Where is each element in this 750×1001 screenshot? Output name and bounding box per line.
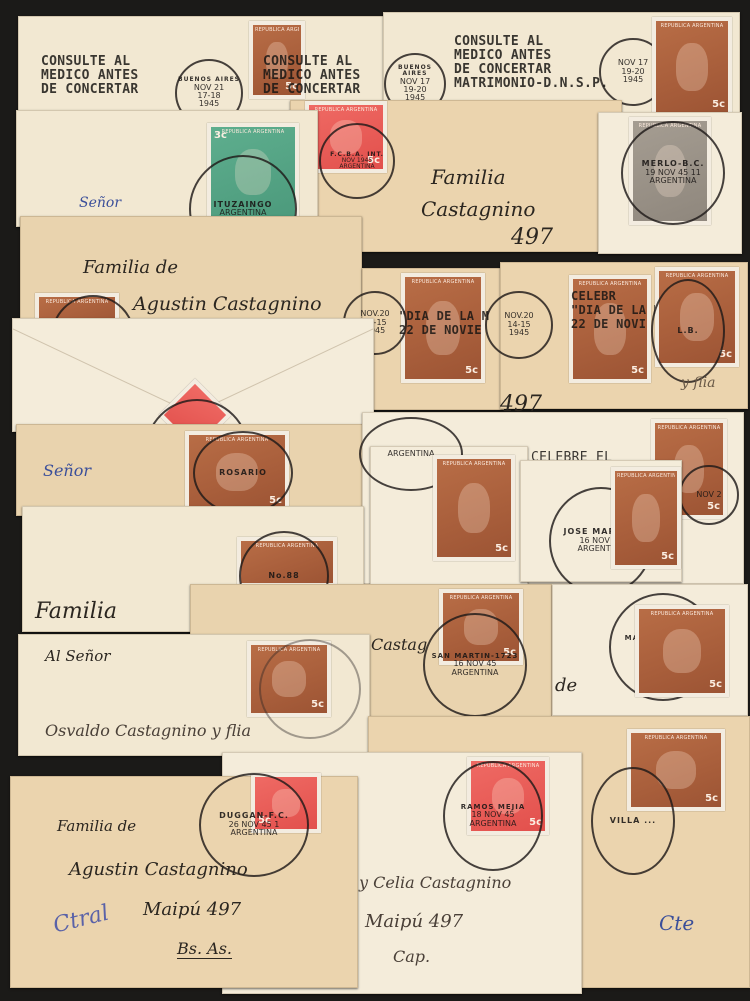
handwriting-bs-as: Bs. As. [177, 939, 232, 959]
postmark-buenos-aires: NOV.20 14-15 1945 [485, 291, 553, 359]
handwriting-agustin-castagnino: Agustin Castagnino [133, 293, 322, 315]
postmark-merlo: MERLO-B.C. 19 NOV 45 11 ARGENTINA [621, 121, 725, 225]
stamp-5c-brown: REPUBLICA ARGENTINA5c [635, 605, 729, 697]
handwriting-castag: Castag [371, 635, 427, 654]
handwriting-pencil-mark: Cte [659, 911, 694, 935]
cover-dia-madre-1: REPUBLICA ARGENTINA5c "DIA DE LA M 22 DE… [362, 268, 504, 410]
postmark-fcba: F.C.B.A. INT. NOV 1945 ARGENTINA [319, 123, 395, 199]
postmark-villa: VILLA ... [591, 767, 675, 875]
cover-jose-marmol-2: JOSE MARMOL 16 NOV 45 ARGENTINA REPUBLIC… [520, 460, 682, 582]
handwriting-de: de [555, 675, 577, 696]
handwriting-senor: Señor [79, 195, 121, 211]
postmark-buenos-aires: NOV 2 [679, 465, 739, 525]
handwriting-maipu: Maipú 497 [365, 911, 463, 932]
handwriting-al-senor: Al Señor [45, 647, 110, 665]
cover-dia-madre-2: NOV.20 14-15 1945 REPUBLICA ARGENTINA5c … [500, 262, 748, 409]
handwriting-agustin-castagnino: Agustin Castagnino [69, 859, 248, 880]
cover-back-lapaz: LA PAZ [12, 318, 374, 432]
slogan-consulte-overprint: CONSULTE AL MEDICO ANTES DE CONCERTAR [263, 55, 361, 97]
stamp-5c-brown: REPUBLICA ARGENTINA5c [433, 455, 515, 561]
cover-rosario: REPUBLICA ARGENTINA5c ROSARIO Señor [16, 424, 368, 516]
slogan-consulte: CONSULTE AL MEDICO ANTES DE CONCERTAR [41, 55, 139, 97]
slogan-celebre-dia-madre: CELEBR "DIA DE LA M 22 DE NOVI [571, 289, 661, 331]
postmark-lb: L.B. [651, 279, 725, 383]
cover-osvaldo: Al Señor REPUBLICA ARGENTINA5c Osvaldo C… [18, 634, 370, 756]
postmark-ramos-mejia: RAMOS MEJIA 18 NOV 45 ARGENTINA [443, 761, 543, 871]
stamp-5c-brown: REPUBLICA ARGENTINA5c [611, 467, 681, 569]
handwriting-497: 497 [511, 225, 553, 250]
handwriting-familia: Familia [431, 165, 506, 189]
slogan-dia-madre: "DIA DE LA M 22 DE NOVIE [399, 309, 489, 337]
postmark-rosario: ROSARIO [193, 431, 293, 515]
handwriting-maipu: Maipú 497 [143, 899, 241, 920]
cover-duggan: 5c DUGGAN-F.C. 26 NOV 45 1 ARGENTINA Fam… [10, 776, 358, 988]
handwriting-cap: Cap. [393, 947, 430, 966]
postmark-oval [259, 639, 361, 739]
handwriting-senor-blue: Señor [43, 461, 91, 480]
cover-familia-castagnino: Familia de Agustin Castagnino REPUBLICA … [20, 216, 362, 328]
postmark-san-martin: SAN MARTIN-1723 16 NOV 45 ARGENTINA [423, 613, 527, 717]
cover-merlo: REPUBLICA ARGENTINA MERLO-B.C. 19 NOV 45… [598, 112, 742, 254]
stamp-5c-brown: REPUBLICA ARGENTINA5c [652, 17, 732, 117]
handwriting-castagnino: Castagnino [421, 197, 535, 221]
handwriting-y-flia: y flia [681, 375, 716, 391]
cover-ituzaingo: REPUBLICA ARGENTINA3c ITUZAINGO ARGENTIN… [16, 110, 318, 227]
slogan-consulte-matrimonio: CONSULTE AL MEDICO ANTES DE CONCERTAR MA… [454, 35, 608, 91]
cover-mariano-paz: MARIANO J. PAZ 22 NOV 45 ARGENTINA REPUB… [552, 584, 748, 716]
handwriting-osvaldo: Osvaldo Castagnino y flia [45, 721, 251, 740]
handwriting-celia: y Celia Castagnino [359, 873, 511, 892]
handwriting-blue-mark: Ctral [51, 901, 112, 939]
cover-jose-marmol: ARGENTINA REPUBLICA ARGENTINA5c [370, 446, 528, 588]
handwriting-familia-de: Familia de [57, 817, 136, 835]
handwriting-familia: Familia [35, 599, 117, 624]
handwriting-familia-de: Familia de [83, 257, 178, 278]
